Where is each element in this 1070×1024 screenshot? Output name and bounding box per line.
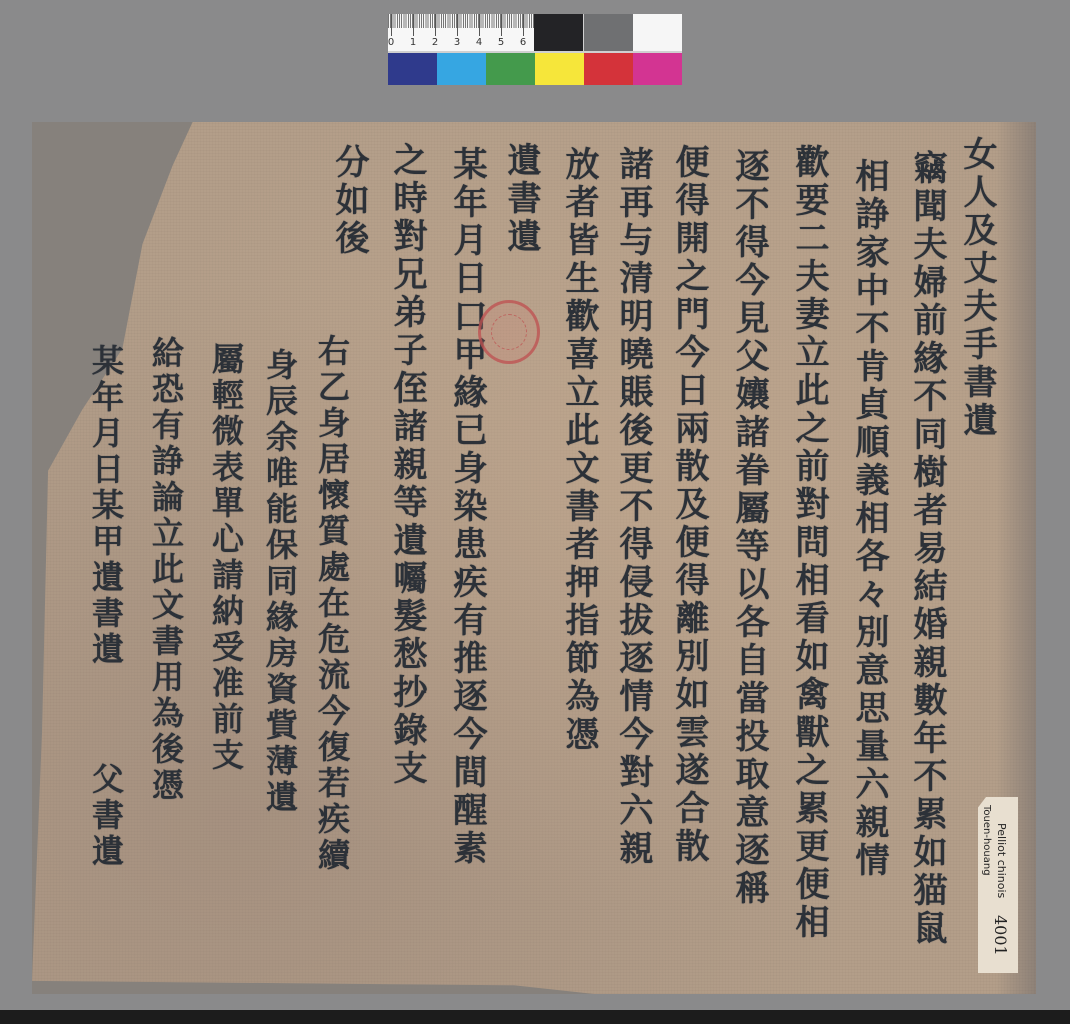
text-column-16: 給恐有諍論立此文書用為後憑 <box>150 336 182 804</box>
text-column-12: 分如後 <box>332 144 366 258</box>
ruler-label: 4 <box>474 37 484 48</box>
ruler-label: 5 <box>496 37 506 48</box>
ruler-label: 1 <box>408 37 418 48</box>
text-column-7: 諸再与清明曉賬後更不得侵拔逐情今對六親 <box>616 146 650 868</box>
text-column-6: 便得開之門今日兩散及便得離別如雲遂合散 <box>672 144 706 866</box>
ruler-label: 3 <box>452 37 462 48</box>
text-column-9: 遺書遺 <box>504 142 538 256</box>
text-column-10: 某年月日口甲緣已身染患疾有推逐今間醒素 <box>450 146 484 868</box>
swatch-blue <box>388 53 437 85</box>
ruler-ticks <box>388 14 534 28</box>
label-collection: Pelliot chinois <box>995 823 1008 898</box>
text-column-8: 放者皆生歡喜立此文書者押指節為憑 <box>562 146 596 754</box>
label-location: Touen-houang <box>981 805 992 876</box>
ruler-major-tick <box>391 14 392 36</box>
ruler-major-tick <box>457 14 458 36</box>
text-column-13: 右乙身居懷質處在危流今復若疾續 <box>316 334 348 874</box>
seal-inner-ring <box>491 314 527 350</box>
text-column-17: 某年月日某甲遺書遺 <box>90 344 122 668</box>
red-seal-stamp <box>478 300 540 364</box>
ruler-major-tick <box>479 14 480 36</box>
text-column-5: 逐不得今見父孃諸眷屬等以各自當投取意逐稱 <box>732 148 766 908</box>
bottom-border <box>0 1010 1070 1024</box>
label-number: 4001 <box>991 915 1010 956</box>
swatch-gray <box>584 14 633 51</box>
text-column-11: 之時對兄弟子侄諸親等遺囑髮愁抄錄支 <box>390 142 424 788</box>
swatch-red <box>584 53 633 85</box>
swatch-black <box>534 14 583 51</box>
swatch-white <box>633 14 682 51</box>
ruler-major-tick <box>413 14 414 36</box>
ruler-label: 6 <box>518 37 528 48</box>
ruler-label: 2 <box>430 37 440 48</box>
swatch-green <box>486 53 535 85</box>
text-column-18: 父書遺 <box>90 762 122 870</box>
shelfmark-label: Touen-houang Pelliot chinois 4001 <box>978 797 1018 973</box>
ruler-scale: 0 1 2 3 4 5 6 <box>388 14 534 51</box>
text-column-2: 竊聞夫婦前緣不同樹者易結婚親數年不累如猫鼠 <box>910 150 944 948</box>
text-column-15: 屬輕微表單心請納受准前支 <box>210 342 242 774</box>
text-column-14: 身辰余唯能保同緣房資貲薄遺 <box>264 348 296 816</box>
manuscript-sheet: 女人及丈夫手書遺 竊聞夫婦前緣不同樹者易結婚親數年不累如猫鼠 相諍家中不肯貞順義… <box>32 122 1036 994</box>
color-calibration-target: 0 1 2 3 4 5 6 <box>388 14 682 85</box>
text-column-4: 歡要二夫妻立此之前對問相看如禽獸之累更便相 <box>792 144 826 942</box>
swatch-cyan <box>437 53 486 85</box>
ruler-major-tick <box>501 14 502 36</box>
ruler-major-tick <box>435 14 436 36</box>
text-column-1: 女人及丈夫手書遺 <box>960 136 994 440</box>
swatch-yellow <box>535 53 584 85</box>
ruler-label: 0 <box>386 37 396 48</box>
swatch-magenta <box>633 53 682 85</box>
ruler-major-tick <box>523 14 524 36</box>
text-column-3: 相諍家中不肯貞順義相各々別意思量六親情 <box>852 158 886 880</box>
